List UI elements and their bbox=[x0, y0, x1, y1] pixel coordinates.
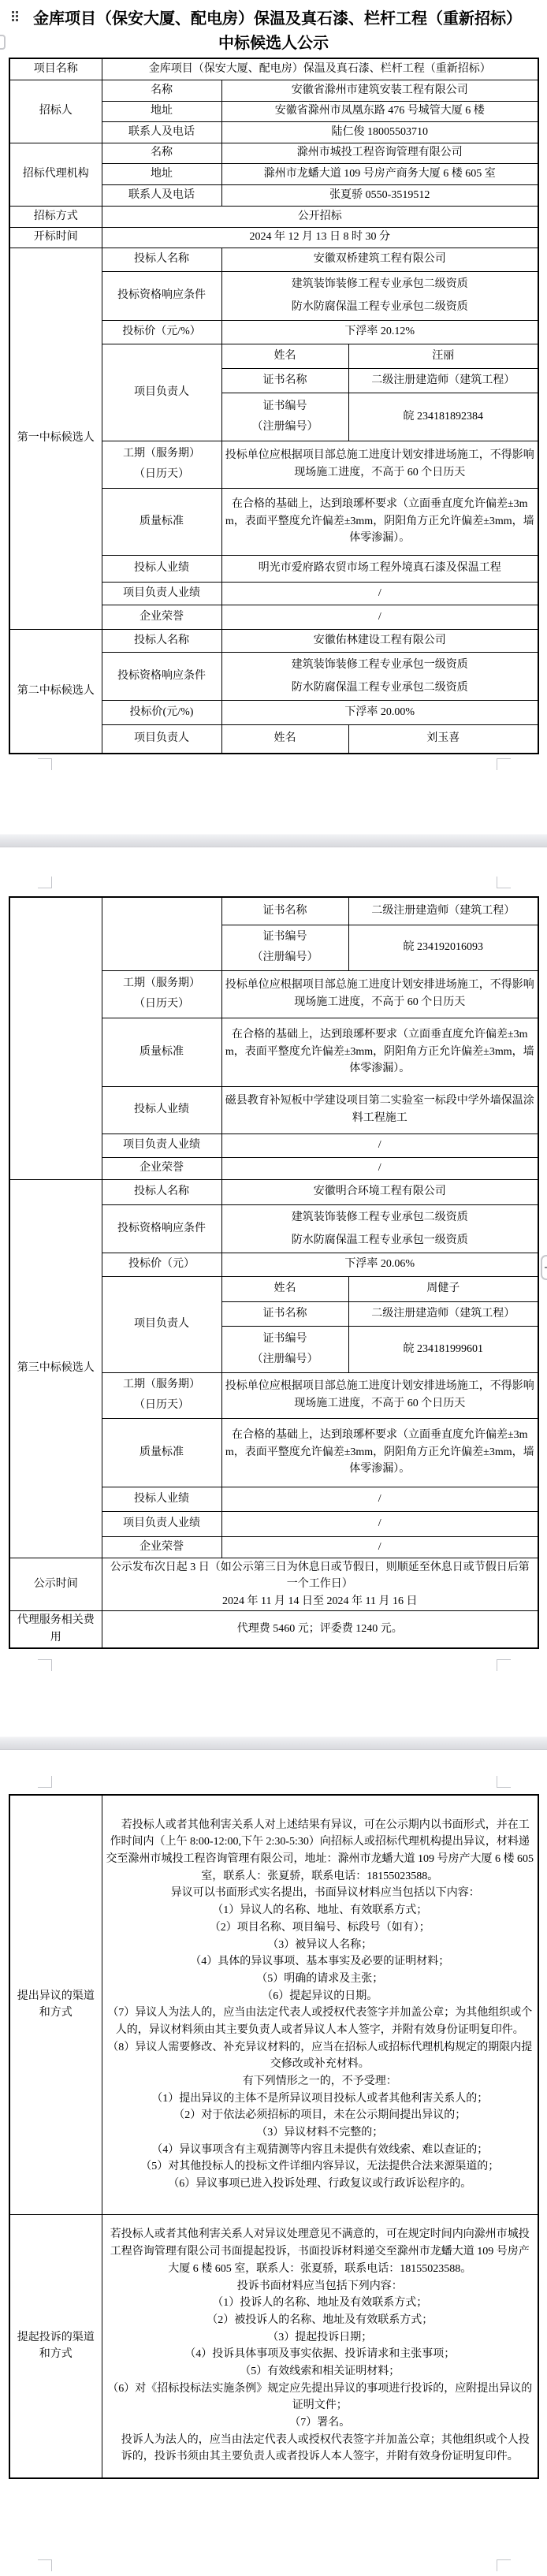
document-title: 金库项目（保安大厦、配电房）保温及真石漆、栏杆工程（重新招标）中标候选人公示 bbox=[0, 7, 547, 56]
candidate2-price: 下浮率 20.00% bbox=[221, 700, 538, 724]
bidder-performance-label: 投标人业绩 bbox=[102, 555, 221, 582]
page2-corner-mark-bottom-right bbox=[497, 1659, 511, 1671]
agency-name-value: 滁州市城投工程咨询管理有限公司 bbox=[221, 143, 538, 163]
candidate3-pm-name: 周健子 bbox=[348, 1276, 538, 1301]
pm-performance-label: 项目负责人业绩 bbox=[102, 1134, 221, 1157]
honor-label: 企业荣誉 bbox=[102, 1157, 221, 1179]
cert-name-label: 证书名称 bbox=[221, 897, 348, 925]
complaint-channel-label: 提起投诉的渠道和方式 bbox=[9, 2214, 102, 2478]
quality-label: 质量标准 bbox=[102, 488, 221, 555]
candidate3-price: 下浮率 20.06% bbox=[221, 1253, 538, 1276]
pm-name-label: 姓名 bbox=[221, 724, 348, 754]
duration-label: 工期（服务期） （日历天） bbox=[102, 970, 221, 1018]
bid-open-time-label: 开标时间 bbox=[9, 227, 102, 248]
agency-fee-label: 代理服务相关费用 bbox=[9, 1611, 102, 1648]
candidate3-quality: 在合格的基础上，达到琅琊杯要求（立面垂直度允许偏差±3mm，表面平整度允许偏差±… bbox=[221, 1418, 538, 1487]
agency-contact-value: 张夏骄 0550-3519512 bbox=[221, 184, 538, 206]
page3-corner-mark-top-left bbox=[38, 1776, 52, 1788]
first-candidate-label: 第一中标候选人 bbox=[9, 248, 102, 629]
project-manager-label: 项目负责人 bbox=[102, 1276, 221, 1372]
candidate1-pm-name: 汪丽 bbox=[348, 344, 538, 368]
candidate3-cert-name: 二级注册建造师（建筑工程） bbox=[348, 1301, 538, 1326]
right-edge-panel-toggle[interactable] bbox=[541, 1255, 547, 1280]
quality-label: 质量标准 bbox=[102, 1418, 221, 1487]
tenderee-name-value: 安徽省滁州市建筑安装工程有限公司 bbox=[221, 80, 538, 101]
price-label: 投标价（元） bbox=[102, 1253, 221, 1276]
agency-contact-label: 联系人及电话 bbox=[102, 184, 221, 206]
page-separator-2 bbox=[0, 1737, 547, 1750]
tenderee-address-label: 地址 bbox=[102, 101, 221, 121]
bid-method-label: 招标方式 bbox=[9, 206, 102, 227]
agency-address-value: 滁州市龙蟠大道 109 号房产商务大厦 6 楼 605 室 bbox=[221, 163, 538, 184]
agency-name-label: 名称 bbox=[102, 143, 221, 163]
cert-no-label: 证书编号 （注册编号） bbox=[221, 393, 348, 441]
honor-label: 企业荣誉 bbox=[102, 1536, 221, 1558]
project-name-value: 金库项目（保安大厦、配电房）保温及真石漆、栏杆工程（重新招标） bbox=[102, 58, 538, 80]
candidate1-quality: 在合格的基础上，达到琅琊杯要求（立面垂直度允许偏差±3mm，表面平整度允许偏差±… bbox=[221, 488, 538, 555]
project-name-label: 项目名称 bbox=[9, 58, 102, 80]
bid-result-table-page1: 项目名称 金库项目（保安大厦、配电房）保温及真石漆、栏杆工程（重新招标） 招标人… bbox=[9, 58, 539, 754]
candidate2-honor: / bbox=[221, 1157, 538, 1179]
candidate2-duration: 投标单位应根据项目部总施工进度计划安排进场施工，不得影响现场施工进度，不高于 6… bbox=[221, 970, 538, 1018]
bid-open-time-value: 2024 年 12 月 13 日 8 时 30 分 bbox=[102, 227, 538, 248]
cert-name-label: 证书名称 bbox=[221, 368, 348, 393]
bidder-performance-label: 投标人业绩 bbox=[102, 1487, 221, 1511]
cert-no-label: 证书编号 （注册编号） bbox=[221, 1326, 348, 1372]
page-separator-1 bbox=[0, 834, 547, 847]
pm-performance-label: 项目负责人业绩 bbox=[102, 1511, 221, 1536]
second-candidate-label: 第二中标候选人 bbox=[9, 629, 102, 754]
candidate2-cert-no: 皖 234192016093 bbox=[348, 925, 538, 970]
document-canvas: 金库项目（保安大厦、配电房）保温及真石漆、栏杆工程（重新招标）中标候选人公示 项… bbox=[0, 0, 547, 2576]
bid-result-table-page2: 证书名称 二级注册建造师（建筑工程） 证书编号 （注册编号） 皖 2341920… bbox=[9, 896, 539, 1649]
candidate1-qualification: 建筑装饰装修工程专业承包二级资质 防水防腐保温工程专业承包二级资质 bbox=[221, 271, 538, 320]
candidate2-pm-name: 刘玉喜 bbox=[348, 724, 538, 754]
page2-corner-mark-top-right bbox=[497, 877, 511, 888]
candidate3-qualification: 建筑装饰装修工程专业承包二级资质 防水防腐保温工程专业承包一级资质 bbox=[221, 1204, 538, 1253]
candidate2-performance: 磁县教育补短板中学建设项目第二实验室一标段中学外墙保温涂料工程施工 bbox=[221, 1086, 538, 1134]
candidate1-price: 下浮率 20.12% bbox=[221, 320, 538, 344]
candidate2-name: 安徽佑林建设工程有限公司 bbox=[221, 629, 538, 652]
duration-label: 工期（服务期） （日历天） bbox=[102, 441, 221, 488]
candidate1-cert-name: 二级注册建造师（建筑工程） bbox=[348, 368, 538, 393]
objection-complaint-table: 提出异议的渠道和方式 若投标人或者其他利害关系人对上述结果有异议，可在公示期内以… bbox=[9, 1794, 539, 2479]
bidder-performance-label: 投标人业绩 bbox=[102, 1086, 221, 1134]
pm-name-label: 姓名 bbox=[221, 344, 348, 368]
page1-corner-mark-right bbox=[497, 758, 511, 770]
publicity-time-value: 公示发布次日起 3 日（如公示第三日为休息日或节假日，则顺延至休息日或节假日后第… bbox=[102, 1558, 538, 1611]
objection-channel-label: 提出异议的渠道和方式 bbox=[9, 1795, 102, 2214]
cert-name-label: 证书名称 bbox=[221, 1301, 348, 1326]
candidate3-name: 安徽明合环境工程有限公司 bbox=[221, 1179, 538, 1204]
page1-corner-mark-left bbox=[38, 758, 52, 770]
candidate2-pm-performance: / bbox=[221, 1134, 538, 1157]
cert-no-label: 证书编号 （注册编号） bbox=[221, 925, 348, 970]
qualification-label: 投标资格响应条件 bbox=[102, 271, 221, 320]
publicity-time-label: 公示时间 bbox=[9, 1558, 102, 1611]
agency-address-label: 地址 bbox=[102, 163, 221, 184]
candidate3-duration: 投标单位应根据项目部总施工进度计划安排进场施工，不得影响现场施工进度，不高于 6… bbox=[221, 1372, 538, 1418]
page3-corner-mark-top-right bbox=[497, 1776, 511, 1788]
page-2: 证书名称 二级注册建造师（建筑工程） 证书编号 （注册编号） 皖 2341920… bbox=[0, 847, 547, 1737]
qualification-label: 投标资格响应条件 bbox=[102, 1204, 221, 1253]
page2-corner-mark-bottom-left bbox=[38, 1659, 52, 1671]
page-1: 金库项目（保安大厦、配电房）保温及真石漆、栏杆工程（重新招标）中标候选人公示 项… bbox=[0, 0, 547, 834]
qualification-label: 投标资格响应条件 bbox=[102, 652, 221, 700]
bid-method-value: 公开招标 bbox=[102, 206, 538, 227]
candidate1-pm-performance: / bbox=[221, 582, 538, 605]
third-candidate-label: 第三中标候选人 bbox=[9, 1179, 102, 1558]
tenderee-contact-value: 陆仁俊 18005503710 bbox=[221, 121, 538, 143]
bidder-name-label: 投标人名称 bbox=[102, 1179, 221, 1204]
page-3: 提出异议的渠道和方式 若投标人或者其他利害关系人对上述结果有异议，可在公示期内以… bbox=[0, 1750, 547, 2576]
duration-label: 工期（服务期） （日历天） bbox=[102, 1372, 221, 1418]
project-manager-label: 项目负责人 bbox=[102, 724, 221, 754]
quality-label: 质量标准 bbox=[102, 1018, 221, 1086]
candidate1-honor: / bbox=[221, 605, 538, 629]
tenderee-address-value: 安徽省滁州市凤凰东路 476 号城管大厦 6 楼 bbox=[221, 101, 538, 121]
candidate3-pm-performance: / bbox=[221, 1511, 538, 1536]
candidate2-qualification: 建筑装饰装修工程专业承包一级资质 防水防腐保温工程专业承包二级资质 bbox=[221, 652, 538, 700]
page3-corner-mark-bottom-left bbox=[38, 2559, 52, 2571]
tenderee-contact-label: 联系人及电话 bbox=[102, 121, 221, 143]
complaint-channel-text: 若投标人或者其他利害关系人对异议处理意见不满意的，可在规定时间内向滁州市城投工程… bbox=[102, 2214, 538, 2478]
candidate3-cert-no: 皖 234181999601 bbox=[348, 1326, 538, 1372]
page3-corner-mark-bottom-right bbox=[497, 2559, 511, 2571]
tenderee-label: 招标人 bbox=[9, 80, 102, 143]
honor-label: 企业荣誉 bbox=[102, 605, 221, 629]
pm-name-label: 姓名 bbox=[221, 1276, 348, 1301]
agency-label: 招标代理机构 bbox=[9, 143, 102, 206]
project-manager-continued-cell bbox=[102, 897, 221, 970]
price-label: 投标价(元/%) bbox=[102, 700, 221, 724]
candidate3-honor: / bbox=[221, 1536, 538, 1558]
second-candidate-continued-cell bbox=[9, 897, 102, 1179]
agency-fee-value: 代理费 5460 元；评委费 1240 元。 bbox=[102, 1611, 538, 1648]
candidate1-name: 安徽双桥建筑工程有限公司 bbox=[221, 248, 538, 271]
pm-performance-label: 项目负责人业绩 bbox=[102, 582, 221, 605]
tenderee-name-label: 名称 bbox=[102, 80, 221, 101]
page2-corner-mark-top-left bbox=[38, 877, 52, 888]
candidate2-cert-name: 二级注册建造师（建筑工程） bbox=[348, 897, 538, 925]
price-label: 投标价（元/%） bbox=[102, 320, 221, 344]
bidder-name-label: 投标人名称 bbox=[102, 629, 221, 652]
candidate3-performance: / bbox=[221, 1487, 538, 1511]
candidate2-quality: 在合格的基础上，达到琅琊杯要求（立面垂直度允许偏差±3mm，表面平整度允许偏差±… bbox=[221, 1018, 538, 1086]
bidder-name-label: 投标人名称 bbox=[102, 248, 221, 271]
candidate1-performance: 明光市爱府路农贸市场工程外境真石漆及保温工程 bbox=[221, 555, 538, 582]
candidate1-cert-no: 皖 234181892384 bbox=[348, 393, 538, 441]
project-manager-label: 项目负责人 bbox=[102, 344, 221, 441]
objection-channel-text: 若投标人或者其他利害关系人对上述结果有异议，可在公示期内以书面形式，并在工作时间… bbox=[102, 1795, 538, 2214]
candidate1-duration: 投标单位应根据项目部总施工进度计划安排进场施工，不得影响现场施工进度，不高于 6… bbox=[221, 441, 538, 488]
